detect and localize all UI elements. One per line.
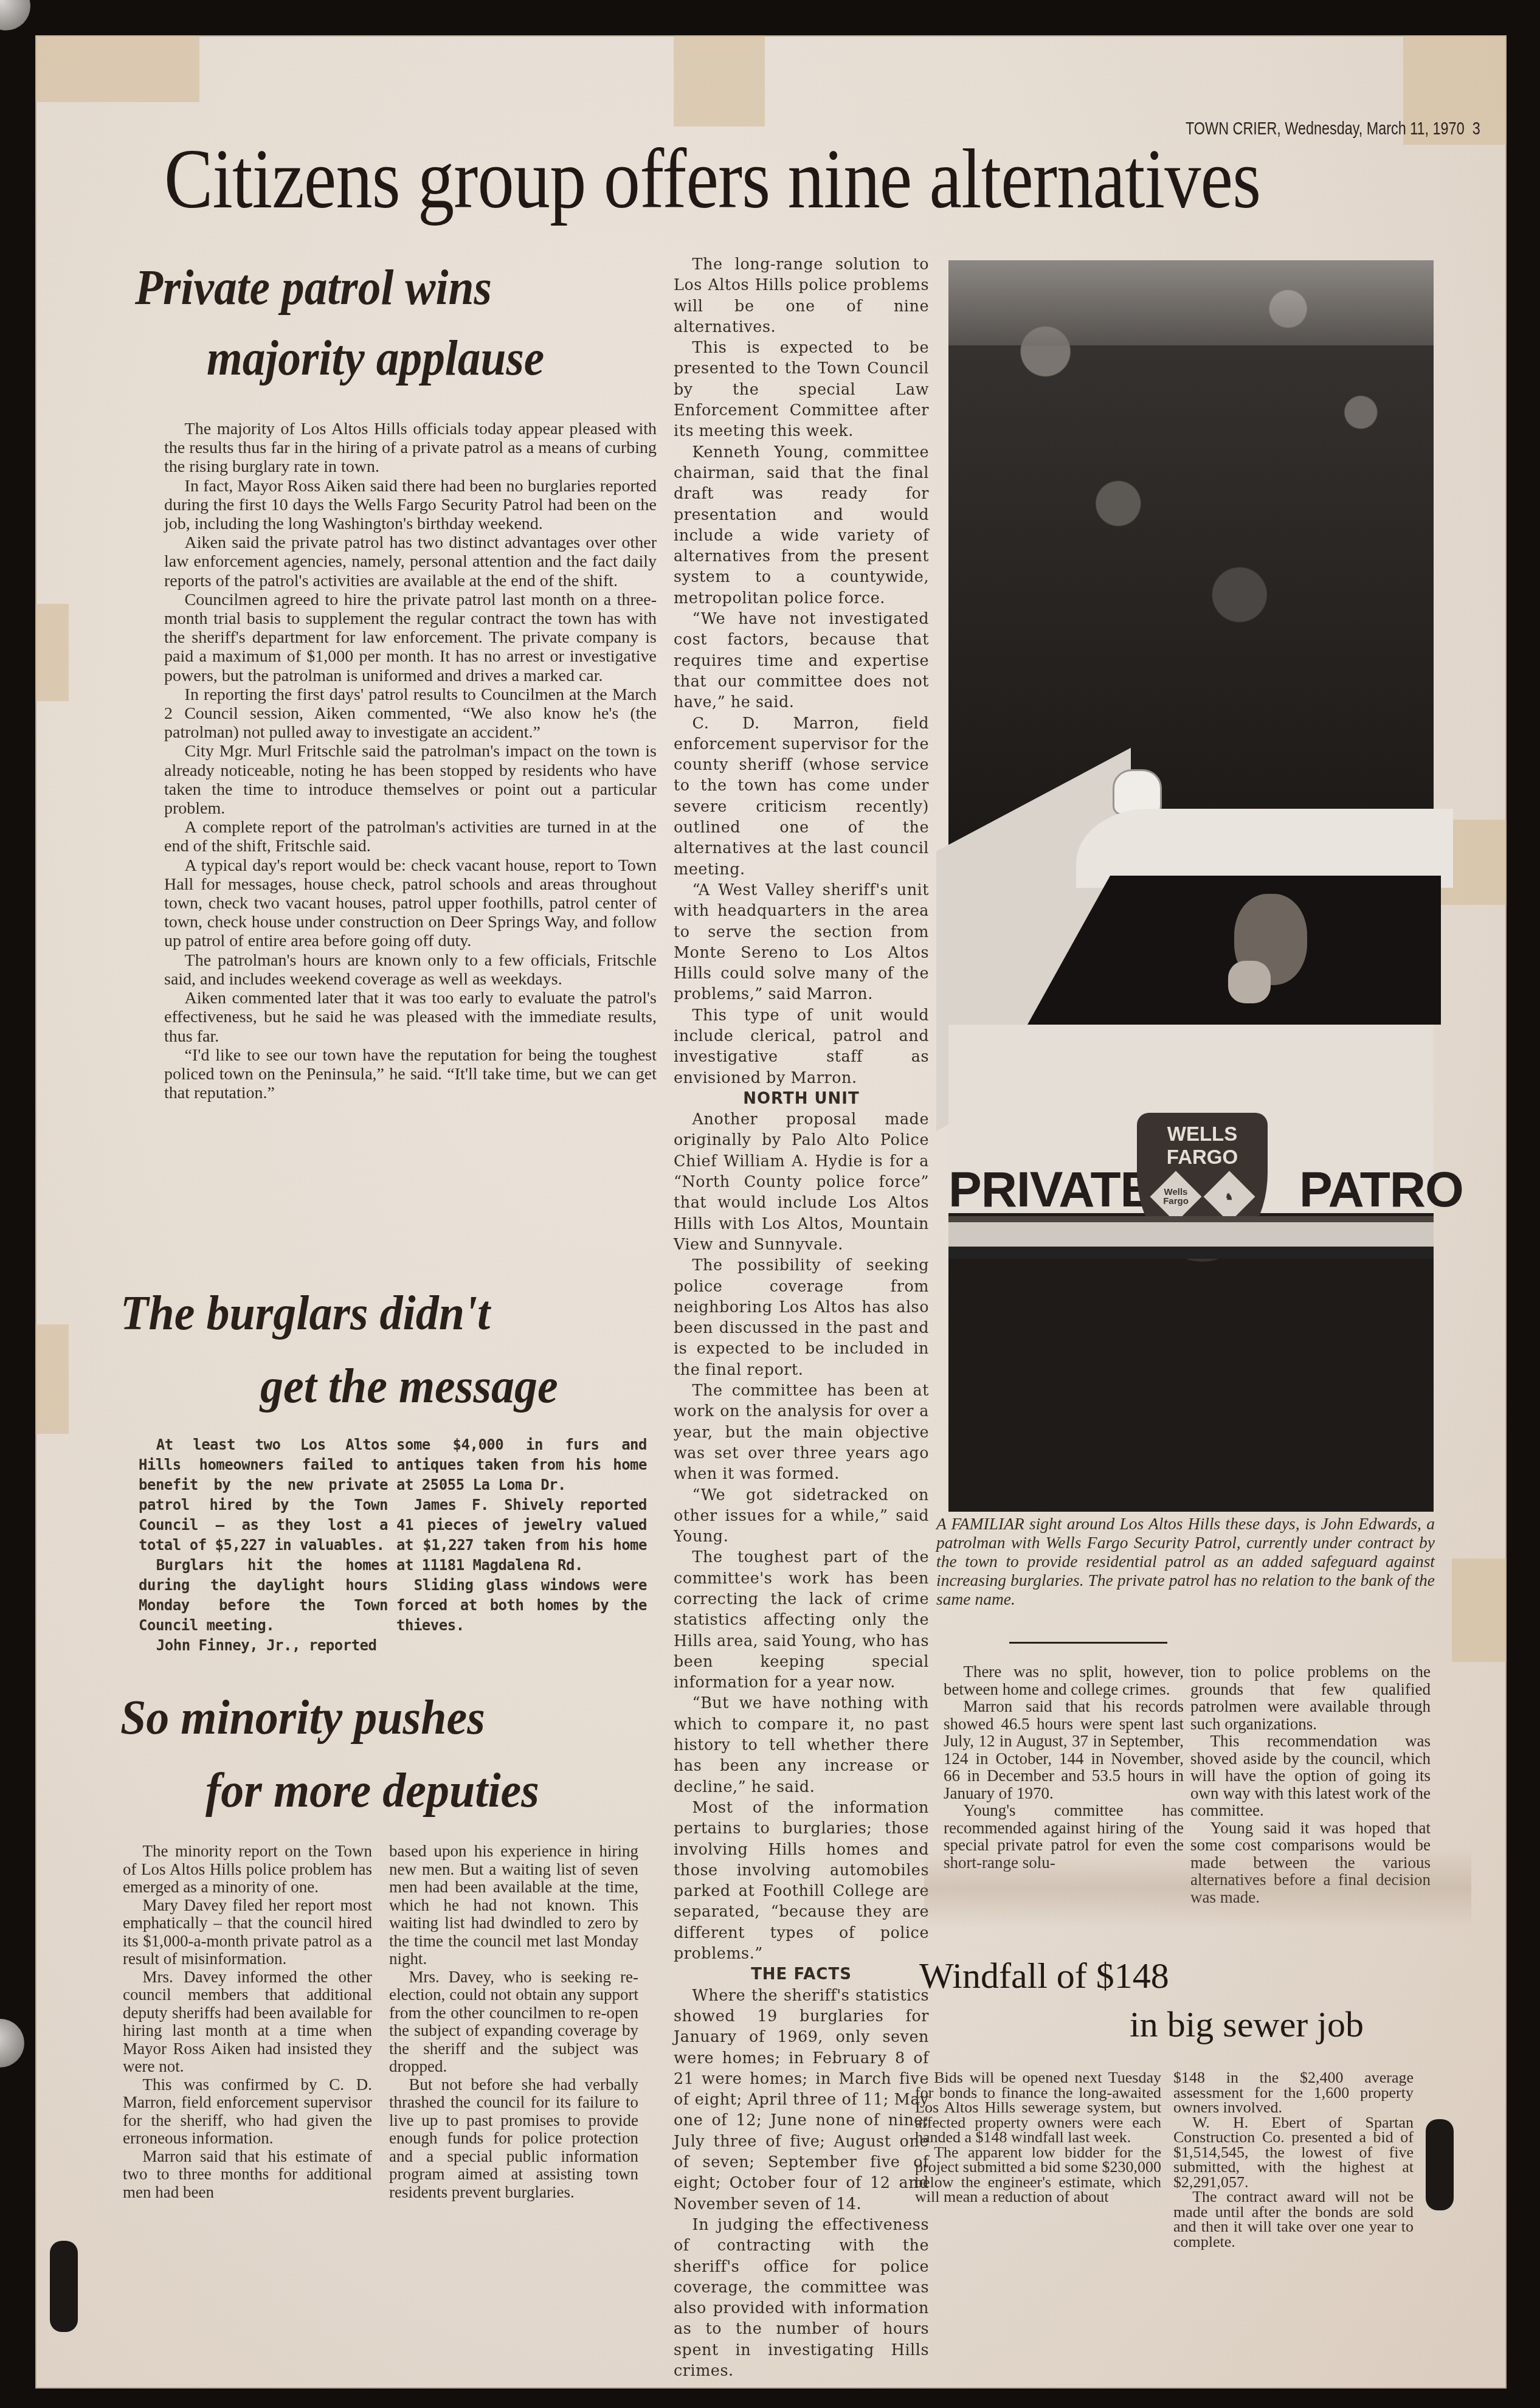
minority-col2: based upon his experience in hiring new … bbox=[389, 1842, 638, 2201]
subhead-north-unit: NORTH UNIT bbox=[674, 1088, 929, 1109]
paragraph: This is expected to be presented to the … bbox=[674, 337, 929, 441]
paragraph: But not before she had verbally thrashed… bbox=[389, 2076, 638, 2202]
paragraph: Burglars hit the homes during the daylig… bbox=[139, 1555, 388, 1636]
paragraph: The committee has been at work on the an… bbox=[674, 1380, 929, 1484]
paragraph: The minority report on the Town of Los A… bbox=[123, 1842, 372, 1897]
burglars-headline-line1: The burglars didn't bbox=[120, 1289, 490, 1338]
burglars-col1: At least two Los Altos Hills homeowners … bbox=[139, 1435, 388, 1656]
photo-trees bbox=[948, 260, 1434, 868]
divider-rule bbox=[1009, 1642, 1167, 1644]
paragraph: A complete report of the patrolman's act… bbox=[164, 818, 657, 856]
paragraph: W. H. Ebert of Spartan Construction Co. … bbox=[1173, 2116, 1414, 2190]
paragraph: The patrolman's hours are known only to … bbox=[164, 951, 657, 989]
tape-strip bbox=[1440, 820, 1507, 905]
paragraph: Kenneth Young, committee chairman, said … bbox=[674, 442, 929, 609]
paragraph: The long-range solution to Los Altos Hil… bbox=[674, 254, 929, 337]
minority-headline-line1: So minority pushes bbox=[120, 1694, 485, 1742]
paragraph: This recommendation was shoved aside by … bbox=[1190, 1732, 1431, 1819]
paragraph: Aiken said the private patrol has two di… bbox=[164, 533, 657, 590]
subhead-the-facts: THE FACTS bbox=[674, 1964, 929, 1985]
alternatives-column: The long-range solution to Los Altos Hil… bbox=[674, 254, 929, 2381]
paragraph: based upon his experience in hiring new … bbox=[389, 1842, 638, 1968]
burglars-col2: some $4,000 in furs and antiques taken f… bbox=[396, 1435, 647, 1636]
minority-headline-line2: for more deputies bbox=[205, 1766, 539, 1815]
paragraph: $148 in the $2,400 average assessment fo… bbox=[1173, 2071, 1414, 2116]
patrol-story-body: The majority of Los Altos Hills official… bbox=[164, 420, 657, 1102]
paragraph: The apparent low bidder for the project … bbox=[915, 2145, 1161, 2205]
paragraph: A typical day's report would be: check v… bbox=[164, 856, 657, 951]
paragraph: Mary Davey filed her report most emphati… bbox=[123, 1897, 372, 1968]
burglars-headline-line2: get the message bbox=[260, 1362, 558, 1411]
paper-fold-shadow bbox=[924, 1849, 1471, 1928]
paragraph: In judging the effectiveness of contract… bbox=[674, 2215, 929, 2381]
paragraph: Where the sheriff's statistics showed 19… bbox=[674, 1985, 929, 2215]
paragraph: The possibility of seeking police covera… bbox=[674, 1255, 929, 1380]
windfall-col2: $148 in the $2,400 average assessment fo… bbox=[1173, 2071, 1414, 2249]
paragraph: “A West Valley sheriff's unit with headq… bbox=[674, 880, 929, 1005]
paragraph: In reporting the first days' patrol resu… bbox=[164, 685, 657, 742]
paragraph: Mrs. Davey, who is seeking re-election, … bbox=[389, 1968, 638, 2076]
paragraph: Bids will be opened next Tuesday for bon… bbox=[915, 2071, 1161, 2145]
binder-clip bbox=[1426, 2119, 1454, 2210]
tape-strip bbox=[35, 1324, 69, 1434]
binder-clip bbox=[50, 2241, 78, 2332]
paragraph: Another proposal made originally by Palo… bbox=[674, 1109, 929, 1255]
paragraph: Councilmen agreed to hire the private pa… bbox=[164, 590, 657, 685]
paragraph: The toughest part of the committee's wor… bbox=[674, 1547, 929, 1693]
paragraph: Marron said that his records showed 46.5… bbox=[944, 1698, 1184, 1802]
minority-col1: The minority report on the Town of Los A… bbox=[123, 1842, 372, 2201]
tape-strip bbox=[35, 604, 69, 701]
windfall-headline-line2: in big sewer job bbox=[1130, 2004, 1364, 2046]
paragraph: The contract award will not be made unti… bbox=[1173, 2190, 1414, 2249]
windfall-headline-line1: Windfall of $148 bbox=[919, 1955, 1169, 1997]
paragraph: Marron said that his estimate of two to … bbox=[123, 2148, 372, 2202]
paragraph: City Mgr. Murl Fritschle said the patrol… bbox=[164, 742, 657, 818]
paragraph: C. D. Marron, field enforcement supervis… bbox=[674, 713, 929, 880]
paragraph: This was confirmed by C. D. Marron, fiel… bbox=[123, 2076, 372, 2148]
paragraph: “I'd like to see our town have the reput… bbox=[164, 1046, 657, 1103]
paragraph: John Finney, Jr., reported bbox=[139, 1636, 388, 1656]
paragraph: Most of the information pertains to burg… bbox=[674, 1797, 929, 1964]
alternatives-continued-col1: There was no split, however, between hom… bbox=[944, 1663, 1184, 1871]
paragraph: Aiken commented later that it was too ea… bbox=[164, 989, 657, 1046]
patrol-headline-line1: Private patrol wins bbox=[135, 263, 492, 313]
paragraph: Mrs. Davey informed the other council me… bbox=[123, 1968, 372, 2076]
paragraph: In fact, Mayor Ross Aiken said there had… bbox=[164, 477, 657, 534]
mount-rivet bbox=[0, 2019, 24, 2067]
page-number: 3 bbox=[1473, 119, 1480, 139]
photo-patrol-car bbox=[948, 260, 1434, 1512]
paragraph: This type of unit would include clerical… bbox=[674, 1005, 929, 1088]
tape-strip bbox=[674, 35, 765, 126]
paragraph: tion to police problems on the grounds t… bbox=[1190, 1663, 1431, 1732]
paragraph: There was no split, however, between hom… bbox=[944, 1663, 1184, 1698]
paragraph: “But we have nothing with which to compa… bbox=[674, 1693, 929, 1797]
paragraph: James F. Shively reported 41 pieces of j… bbox=[396, 1495, 647, 1576]
tape-strip bbox=[35, 35, 199, 102]
mount-rivet bbox=[0, 0, 30, 30]
patrol-headline-line2: majority applause bbox=[207, 333, 544, 383]
photo-caption: A FAMILIAR sight around Los Altos Hills … bbox=[936, 1514, 1435, 1608]
windfall-col1: Bids will be opened next Tuesday for bon… bbox=[915, 2071, 1161, 2205]
main-headline: Citizens group offers nine alternatives bbox=[164, 137, 1260, 222]
paragraph: The majority of Los Altos Hills official… bbox=[164, 420, 657, 477]
tape-strip bbox=[1452, 1559, 1507, 1662]
paragraph: At least two Los Altos Hills homeowners … bbox=[139, 1435, 388, 1555]
photo-sky bbox=[948, 260, 1434, 345]
paragraph: “We have not investigated cost factors, … bbox=[674, 609, 929, 713]
paragraph: Sliding glass windows were forced at bot… bbox=[396, 1576, 647, 1636]
paragraph: “We got sidetracked on other issues for … bbox=[674, 1485, 929, 1548]
paragraph: some $4,000 in furs and antiques taken f… bbox=[396, 1435, 647, 1495]
